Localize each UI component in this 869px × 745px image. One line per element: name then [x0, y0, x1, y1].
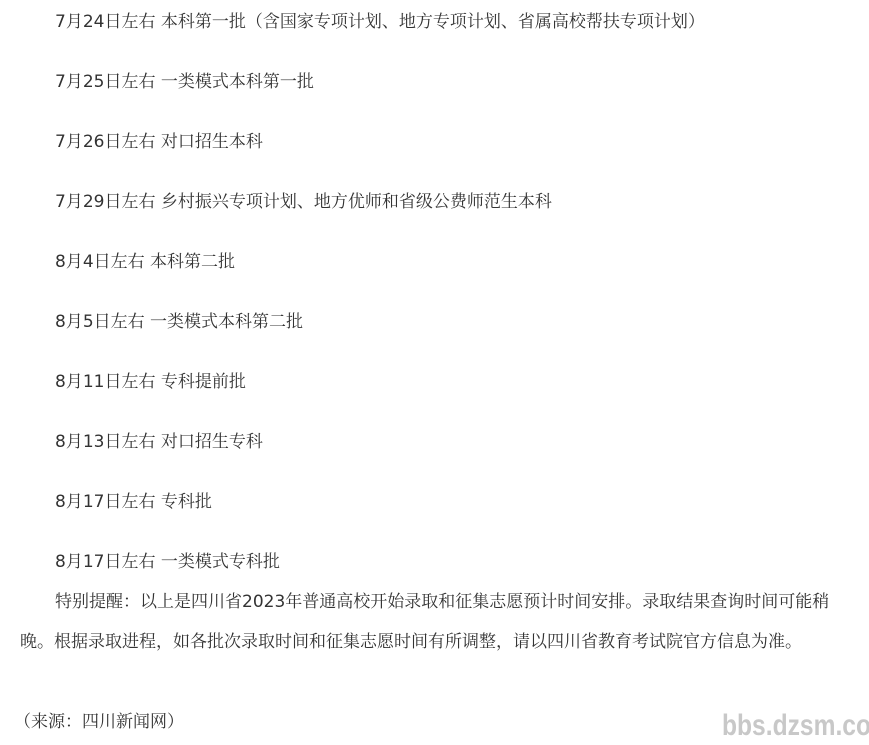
schedule-item-5: 8月5日左右 一类模式本科第二批	[55, 311, 303, 333]
schedule-item-8: 8月17日左右 专科批	[55, 491, 212, 513]
schedule-item-4: 8月4日左右 本科第二批	[55, 251, 235, 273]
schedule-item-6: 8月11日左右 专科提前批	[55, 371, 246, 393]
site-watermark: bbs.dzsm.com	[722, 709, 869, 743]
schedule-item-3: 7月29日左右 乡村振兴专项计划、地方优师和省级公费师范生本科	[55, 191, 552, 213]
schedule-item-1: 7月25日左右 一类模式本科第一批	[55, 71, 314, 93]
special-reminder-paragraph: 特别提醒：以上是四川省2023年普通高校开始录取和征集志愿预计时间安排。录取结果…	[20, 582, 860, 662]
schedule-item-7: 8月13日左右 对口招生专科	[55, 431, 263, 453]
schedule-item-0: 7月24日左右 本科第一批（含国家专项计划、地方专项计划、省属高校帮扶专项计划）	[55, 11, 705, 33]
source-attribution: （来源：四川新闻网）	[14, 711, 184, 733]
schedule-item-9: 8月17日左右 一类模式专科批	[55, 551, 280, 573]
schedule-item-2: 7月26日左右 对口招生本科	[55, 131, 263, 153]
